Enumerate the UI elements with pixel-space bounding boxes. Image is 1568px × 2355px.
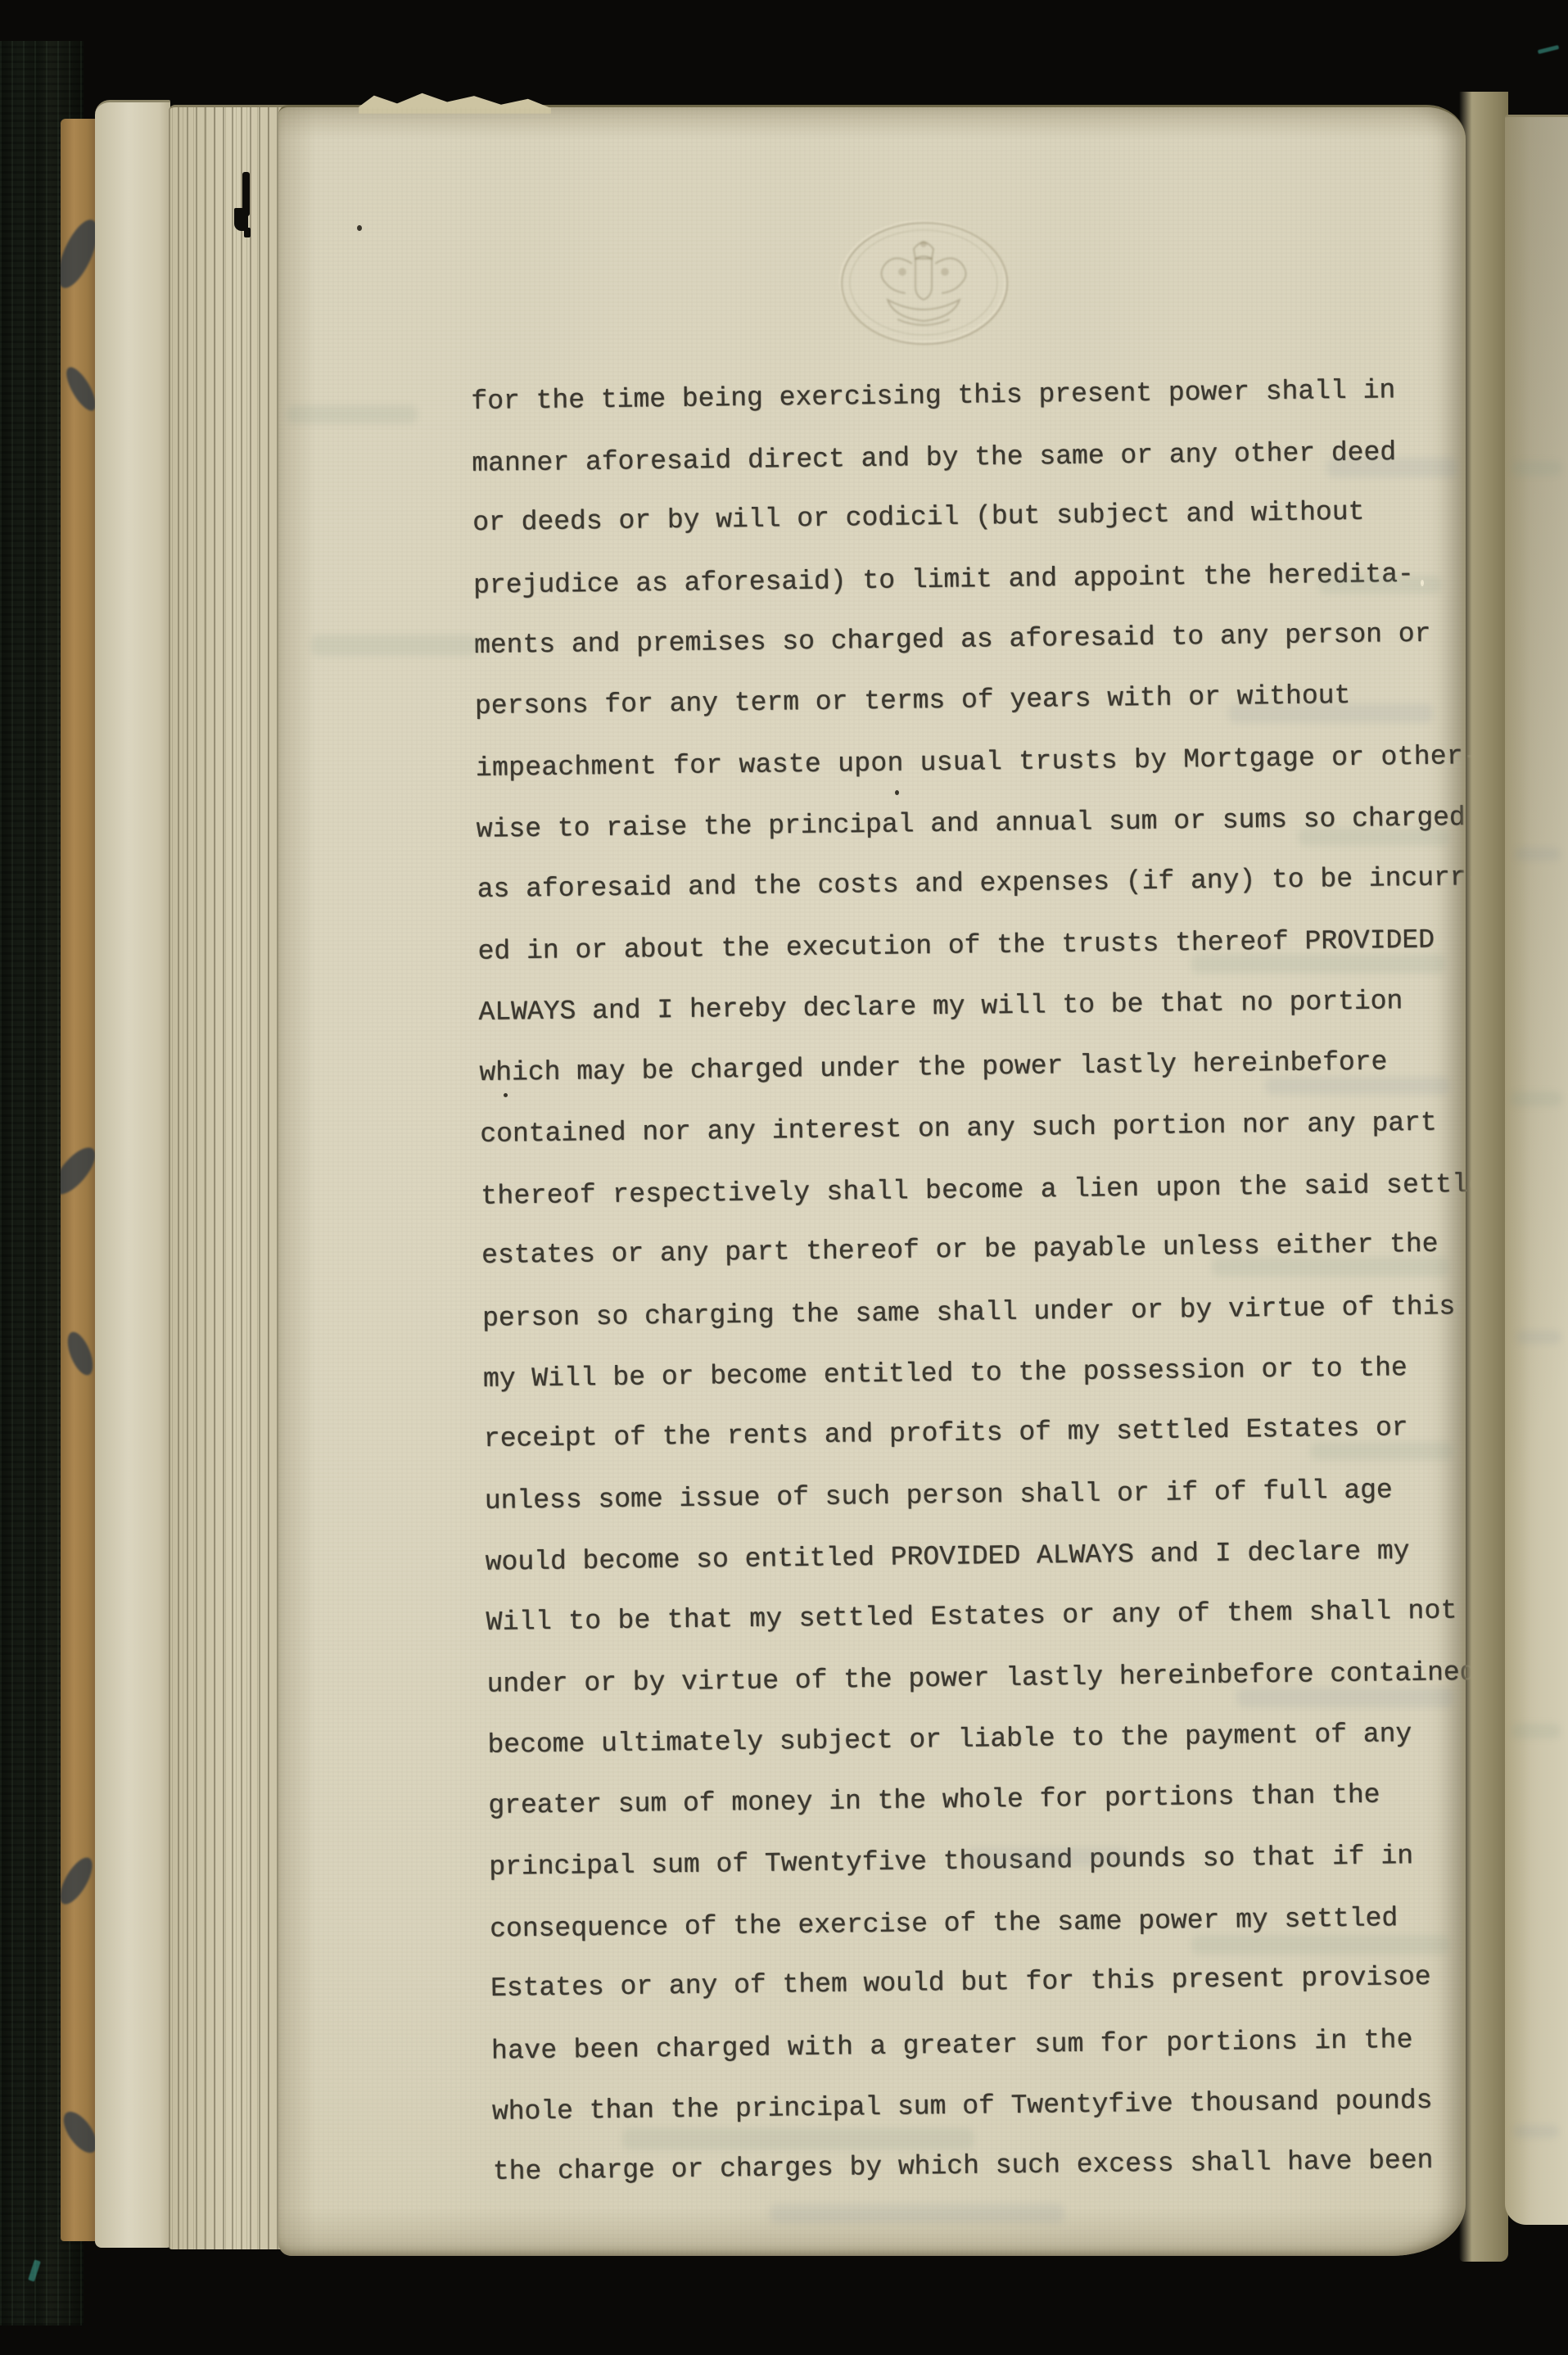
cover-scratch-mark xyxy=(28,2259,41,2281)
page-edges-stack-outer xyxy=(95,100,170,2248)
bleed-through-smudge xyxy=(1298,828,1449,846)
bleed-through-smudge xyxy=(1310,1442,1453,1460)
left-page: for the time being exercising this prese… xyxy=(278,105,1466,2256)
typed-line: the charge or charges by which such exce… xyxy=(492,2130,1525,2204)
typed-line: wise to raise the principal and annual s… xyxy=(476,788,1508,861)
typed-line: have been charged with a greater sum for… xyxy=(491,2009,1524,2082)
typed-text-block: for the time being exercising this prese… xyxy=(471,359,1525,2204)
typed-line: thereof respectively shall become a lien… xyxy=(481,1154,1513,1227)
typed-line: whole than the principal sum of Twentyfi… xyxy=(492,2069,1525,2143)
typed-line: Will to be that my settled Estates or an… xyxy=(486,1580,1518,1653)
typed-line: for the time being exercising this prese… xyxy=(471,359,1503,433)
bleed-through-smudge xyxy=(1515,848,1561,861)
typed-line: person so charging the same shall under … xyxy=(482,1276,1515,1349)
scanned-book-page: for the time being exercising this prese… xyxy=(0,0,1568,2355)
typed-line: ed in or about the execution of the trus… xyxy=(477,910,1510,983)
typed-line: unless some issue of such person shall o… xyxy=(484,1458,1516,1532)
bleed-through-smudge xyxy=(1513,2125,1559,2138)
typed-line: ALWAYS and I hereby declare my will to b… xyxy=(478,970,1511,1043)
typed-line: impeachment for waste upon usual trusts … xyxy=(475,725,1507,799)
ink-blot-mark xyxy=(234,172,254,239)
bleed-through-smudge xyxy=(1265,1077,1449,1095)
typed-line: greater sum of money in the whole for po… xyxy=(488,1763,1521,1837)
bleed-through-smudge xyxy=(1512,461,1562,476)
bleed-through-smudge xyxy=(1191,954,1445,974)
typed-line: manner aforesaid direct and by the same … xyxy=(472,421,1504,495)
bleed-through-smudge xyxy=(1326,458,1457,477)
typed-line: principal sum of Twentyfive thousand pou… xyxy=(489,1825,1521,1899)
paper-fleck xyxy=(895,790,899,795)
paper-fleck xyxy=(504,1093,508,1097)
typed-line: contained nor any interest on any such p… xyxy=(480,1092,1512,1166)
typed-line: become ultimately subject or liable to t… xyxy=(487,1703,1520,1777)
bleed-through-smudge xyxy=(1512,1724,1561,1738)
bleed-through-smudge xyxy=(770,2204,1064,2223)
paper-fleck xyxy=(357,225,362,231)
bleed-through-smudge xyxy=(311,635,479,656)
typed-line: persons for any term or terms of years w… xyxy=(475,664,1507,738)
right-page xyxy=(1505,115,1568,2225)
bleed-through-smudge xyxy=(1510,1092,1562,1106)
marbled-endpaper-edge xyxy=(61,119,98,2241)
typed-line: receipt of the rents and profits of my s… xyxy=(483,1397,1516,1471)
typed-line: under or by virtue of the power lastly h… xyxy=(486,1643,1519,1716)
typed-line: which may be charged under the power las… xyxy=(479,1030,1512,1104)
bleed-through-smudge xyxy=(622,2128,974,2149)
typed-line: as aforesaid and the costs and expenses … xyxy=(477,847,1509,920)
royal-coat-of-arms-seal-icon xyxy=(834,211,1014,352)
bleed-through-smudge xyxy=(1318,576,1441,594)
bleed-through-smudge xyxy=(287,405,418,423)
bleed-through-smudge xyxy=(1516,1331,1561,1344)
typed-line: would become so entitled PROVIDED ALWAYS… xyxy=(485,1521,1517,1594)
typed-line: Estates or any of them would but for thi… xyxy=(490,1946,1523,2020)
torn-paper-fragment xyxy=(359,91,551,114)
typed-line: consequence of the exercise of the same … xyxy=(490,1887,1522,1960)
bleed-through-smudge xyxy=(1228,703,1433,723)
bleed-through-smudge xyxy=(966,1848,1130,1866)
bleed-through-smudge xyxy=(1191,1935,1449,1955)
paper-fleck xyxy=(1421,580,1424,586)
page-edges-stack-inner xyxy=(169,105,290,2249)
typed-line: my Will be or become entitled to the pos… xyxy=(483,1336,1516,1410)
cover-scratch-mark xyxy=(1538,45,1559,54)
bleed-through-smudge xyxy=(1236,1688,1453,1707)
typed-line: estates or any part thereof or be payabl… xyxy=(481,1214,1514,1287)
typed-line: ments and premises so charged as aforesa… xyxy=(474,603,1507,677)
book-gutter-shadow xyxy=(1459,92,1508,2262)
typed-line: prejudice as aforesaid) to limit and app… xyxy=(473,543,1506,617)
typed-line: or deeds or by will or codicil (but subj… xyxy=(472,481,1505,554)
bleed-through-smudge xyxy=(1212,1257,1449,1277)
